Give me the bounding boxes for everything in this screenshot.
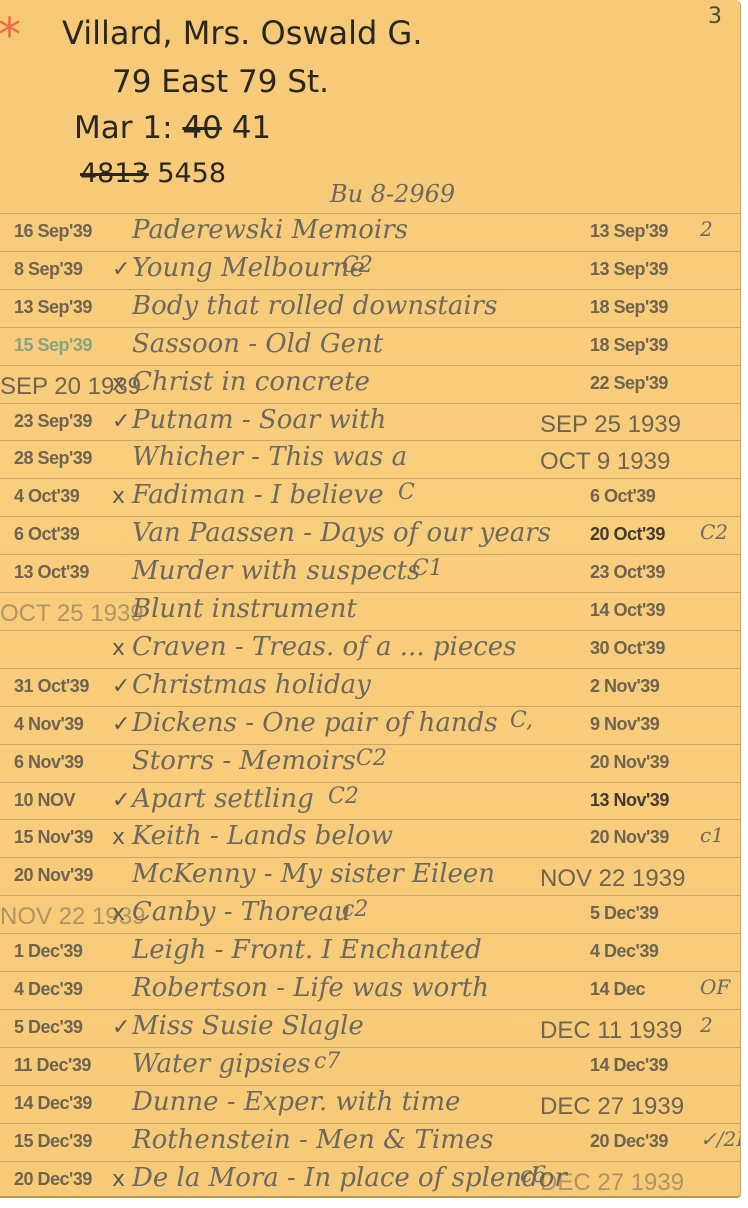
check-mark: x [112,825,125,850]
right-date-stamp: 4 Dec'39 [590,941,658,962]
right-date-stamp: 5 Dec'39 [590,903,658,924]
right-date-stamp: 2 Nov'39 [590,676,659,697]
account-number-value: 5458 [157,158,226,189]
entry-note: C2 [356,746,387,771]
book-title: Fadiman - I believe [132,480,384,510]
account-number-line: 4813 5458 [80,158,226,189]
check-mark: x [112,484,125,509]
book-title: Christ in concrete [132,367,370,397]
right-note: 2 [700,217,713,241]
left-date-stamp: 11 Dec'39 [14,1055,91,1076]
date-line-struck: 40 [182,110,221,146]
right-date-stamp: DEC 11 1939 [540,1017,682,1045]
left-date-stamp: 13 Sep'39 [14,297,92,318]
right-note: OF [700,975,730,999]
right-date-stamp: 14 Dec [590,979,645,1000]
book-title: Paderewski Memoirs [132,215,408,245]
book-title: Water gipsies [132,1049,310,1079]
entry-note: C, [510,708,533,733]
right-date-stamp: DEC 27 1939 [540,1169,684,1197]
check-mark: x [112,1167,125,1192]
book-title: Miss Susie Slagle [132,1011,364,1041]
left-date-stamp: 20 Nov'39 [14,865,93,886]
ruled-line [0,668,740,669]
left-date-stamp: 15 Sep'39 [14,335,92,356]
book-title: Murder with suspects [132,556,420,586]
book-title: Storrs - Memoirs [132,746,356,776]
right-date-stamp: 20 Dec'39 [590,1131,668,1152]
card-number: 3 [708,4,722,29]
entry-note: c7 [314,1049,340,1074]
ruled-line [0,251,740,252]
right-date-stamp: 23 Oct'39 [590,562,665,583]
check-mark: ✓ [112,257,130,282]
check-mark: ✓ [112,674,130,699]
book-title: Rothenstein - Men & Times [132,1125,494,1155]
check-mark: ✓ [112,712,130,737]
library-card: * 3 Villard, Mrs. Oswald G. 79 East 79 S… [0,0,741,1198]
ruled-line [0,365,740,366]
right-date-stamp: 18 Sep'39 [590,335,668,356]
book-title: Van Paassen - Days of our years [132,518,551,548]
book-title: Robertson - Life was worth [132,973,489,1003]
right-date-stamp: 18 Sep'39 [590,297,668,318]
left-date-stamp: 16 Sep'39 [14,221,92,242]
book-title: Dunne - Exper. with time [132,1087,460,1117]
check-mark: x [112,636,125,661]
left-date-stamp: 13 Oct'39 [14,562,89,583]
ruled-line [0,440,740,441]
right-note: 2 [700,1013,713,1037]
ruled-line [0,744,740,745]
date-line-value: 41 [232,110,271,146]
right-date-stamp: 14 Oct'39 [590,600,665,621]
ruled-line [0,403,740,404]
entry-note: C2 [342,253,373,278]
left-date-stamp: 6 Nov'39 [14,752,83,773]
entry-note: C [398,480,415,505]
ruled-line [0,819,740,820]
left-date-stamp: 14 Dec'39 [14,1093,92,1114]
ruled-line [0,1161,740,1162]
book-title: Whicher - This was a [132,442,407,472]
right-date-stamp: 13 Sep'39 [590,259,668,280]
left-date-stamp: 23 Sep'39 [14,411,92,432]
entry-note: C1 [412,556,443,581]
book-title: Young Melbourne [132,253,365,283]
ruled-line [0,857,740,858]
ruled-line [0,1047,740,1048]
ruled-line [0,213,740,214]
book-title: Canby - Thoreau [132,897,351,927]
account-number-struck: 4813 [80,158,149,189]
right-note: c1 [700,823,724,847]
left-date-stamp: 15 Dec'39 [14,1131,92,1152]
left-date-stamp: 20 Dec'39 [14,1169,92,1190]
book-title: Dickens - One pair of hands [132,708,498,738]
book-title: McKenny - My sister Eileen [132,859,495,889]
ruled-line [0,592,740,593]
ruled-line [0,327,740,328]
phone-number: Bu 8-2969 [330,180,455,208]
right-note: C2 [700,520,728,544]
left-date-stamp: 8 Sep'39 [14,259,82,280]
book-title: Leigh - Front. I Enchanted [132,935,482,965]
left-date-stamp: 28 Sep'39 [14,448,92,469]
right-date-stamp: 20 Nov'39 [590,827,669,848]
asterisk-mark: * [0,12,21,58]
book-title: De la Mora - In place of splendor [132,1163,567,1193]
patron-name: Villard, Mrs. Oswald G. [62,14,422,52]
ruled-line [0,289,740,290]
left-date-stamp: OCT 25 1939 [0,600,144,628]
date-line: Mar 1: 40 41 [74,110,271,146]
book-title: Blunt instrument [132,594,357,624]
book-title: Body that rolled downstairs [132,291,497,321]
right-date-stamp: OCT 9 1939 [540,448,670,476]
check-mark: ✓ [112,788,130,813]
ruled-line [0,706,740,707]
ruled-line [0,630,740,631]
right-date-stamp: NOV 22 1939 [540,865,685,893]
right-date-stamp: 6 Oct'39 [590,486,655,507]
book-title: Apart settling [132,784,314,814]
right-date-stamp: 13 Nov'39 [590,790,669,811]
right-date-stamp: 20 Oct'39 [590,524,665,545]
left-date-stamp: 15 Nov'39 [14,827,93,848]
ruled-line [0,554,740,555]
right-date-stamp: 22 Sep'39 [590,373,668,394]
ruled-line [0,1123,740,1124]
book-title: Keith - Lands below [132,821,393,851]
right-date-stamp: DEC 27 1939 [540,1093,684,1121]
right-date-stamp: 20 Nov'39 [590,752,669,773]
ruled-line [0,516,740,517]
left-date-stamp: 4 Dec'39 [14,979,82,1000]
ruled-line [0,971,740,972]
entry-note: c2 [342,897,368,922]
left-date-stamp: 31 Oct'39 [14,676,89,697]
ruled-line [0,1085,740,1086]
check-mark: ✓ [112,409,130,434]
ruled-line [0,1009,740,1010]
right-date-stamp: 14 Dec'39 [590,1055,668,1076]
left-date-stamp: 4 Nov'39 [14,714,83,735]
book-title: Christmas holiday [132,670,371,700]
ruled-line [0,478,740,479]
right-date-stamp: 9 Nov'39 [590,714,659,735]
date-line-prefix: Mar 1: [74,110,173,146]
ruled-line [0,933,740,934]
ruled-line [0,782,740,783]
book-title: Sassoon - Old Gent [132,329,383,359]
left-date-stamp: 6 Oct'39 [14,524,79,545]
left-date-stamp: 10 NOV [14,790,75,811]
ruled-line [0,895,740,896]
right-note: ✓/2F [700,1127,741,1151]
right-date-stamp: 13 Sep'39 [590,221,668,242]
patron-address: 79 East 79 St. [112,64,329,100]
entry-note: C2 [328,784,359,809]
book-title: Craven - Treas. of a ... pieces [132,632,517,662]
right-date-stamp: SEP 25 1939 [540,411,681,439]
check-mark: x [112,371,125,396]
left-date-stamp: 1 Dec'39 [14,941,82,962]
book-title: Putnam - Soar with [132,405,386,435]
left-date-stamp: 4 Oct'39 [14,486,79,507]
left-date-stamp: 5 Dec'39 [14,1017,82,1038]
check-mark: ✓ [112,1015,130,1040]
right-date-stamp: 30 Oct'39 [590,638,665,659]
check-mark: x [112,901,125,926]
